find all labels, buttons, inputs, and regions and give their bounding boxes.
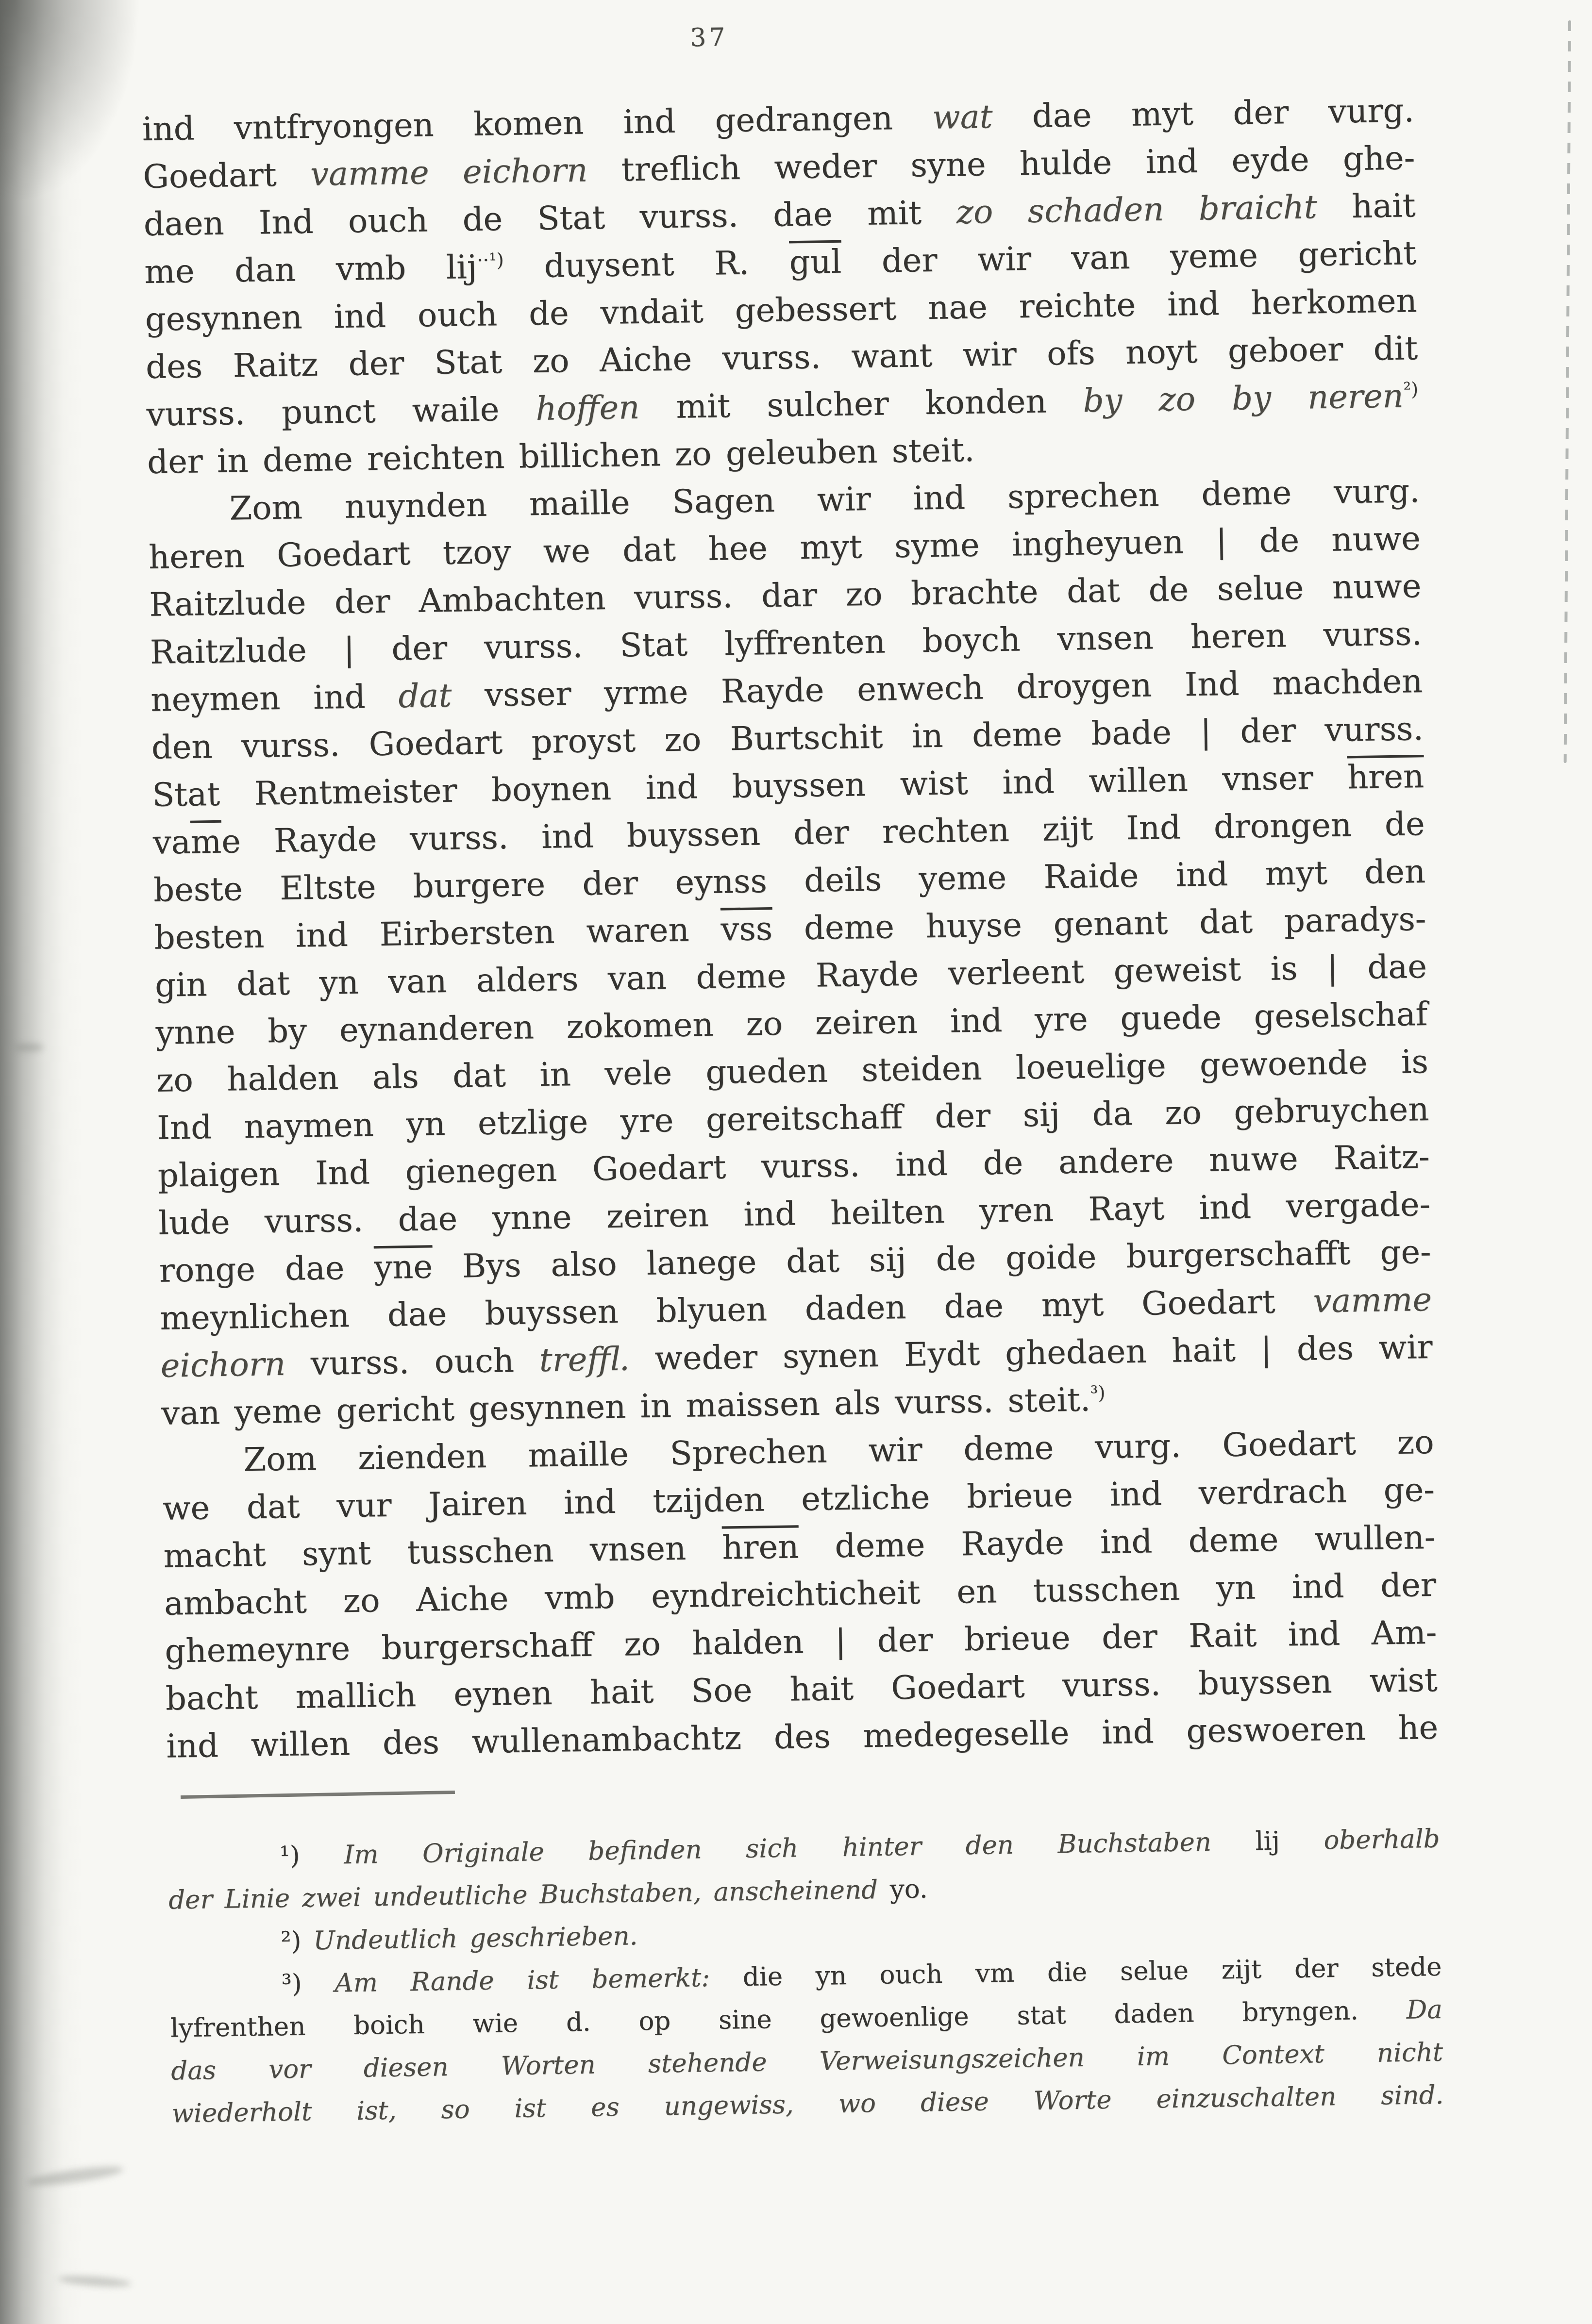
- text-run: zo schaden braicht: [956, 188, 1317, 231]
- text-run: gul: [789, 243, 842, 282]
- footnote-divider: [181, 1791, 455, 1799]
- text-run: hait: [1317, 186, 1416, 226]
- scan-smudge: [15, 1044, 44, 1051]
- text-run: vurss. ouch: [285, 1341, 539, 1383]
- text-run: ¹): [279, 1840, 344, 1871]
- text-run: m: [190, 823, 222, 861]
- text-run: dae myt der vurg.: [992, 91, 1414, 135]
- page-content: 37 ind vntfryongen komen ind gedrangen w…: [141, 13, 1444, 2135]
- text-run: vamme: [1313, 1280, 1432, 1320]
- text-run: ³): [281, 1969, 335, 1999]
- text-run: ind vntfryongen komen ind gedrangen: [142, 99, 932, 148]
- text-run: yne: [374, 1247, 433, 1286]
- text-run: vamme eichorn: [310, 151, 588, 193]
- text-run: der wir van yeme gericht: [841, 234, 1417, 281]
- footnotes: ¹) Im Originale befinden sich hinter den…: [168, 1818, 1444, 2136]
- text-run: hren: [722, 1527, 799, 1566]
- binding-shadow-corner: [0, 0, 141, 204]
- main-text: ind vntfryongen komen ind gedrangen wat …: [142, 86, 1439, 1770]
- text-run: va: [152, 823, 191, 862]
- text-run: neymen ind: [151, 677, 399, 719]
- text-run: me dan vmb lij: [144, 248, 477, 291]
- text-run: lij: [1211, 1826, 1324, 1857]
- text-run: duysent R.: [503, 243, 789, 285]
- text-run: ··¹): [477, 249, 504, 272]
- text-run: ²): [281, 1926, 314, 1956]
- text-run: Goedart: [143, 155, 311, 196]
- text-run: eichorn: [160, 1345, 285, 1385]
- text-run: Da: [1406, 1995, 1442, 2025]
- text-run: Undeutlich geschrieben.: [313, 1921, 638, 1956]
- text-run: macht synt tusschen vnsen: [163, 1529, 722, 1575]
- text-run: mit sulcher konden: [639, 382, 1084, 426]
- text-run: wat: [932, 98, 993, 136]
- text-run: dat: [398, 677, 452, 715]
- text-run: der in deme reichten billichen zo geleub…: [147, 431, 975, 481]
- text-run: daen Ind ouch de Stat vurss. dae mit: [143, 193, 956, 243]
- text-run: by zo by neren: [1083, 377, 1404, 420]
- text-run: yo.: [878, 1874, 928, 1905]
- text-run: Am Rande ist bemerkt:: [335, 1963, 710, 1998]
- text-run: ³): [1090, 1382, 1105, 1404]
- text-run: oberhalb: [1324, 1824, 1440, 1856]
- page-number: 37: [141, 13, 1413, 61]
- scan-artifact-line: [1564, 20, 1571, 763]
- text-run: besten ind Eirbersten waren: [154, 910, 721, 956]
- text-run: weder synen Eydt ghedaen hait | des wir: [629, 1328, 1433, 1378]
- text-run: Im Originale befinden sich hinter den Bu…: [344, 1827, 1211, 1870]
- binding-shadow: [0, 0, 83, 2324]
- text-run: treflich weder syne hulde ind eyde ghe-: [587, 139, 1415, 189]
- text-run: deme huyse genant dat paradys-: [772, 900, 1426, 947]
- text-run: treffl.: [539, 1340, 630, 1379]
- text-run: vss: [721, 910, 773, 948]
- text-run: ronge dae: [159, 1248, 374, 1290]
- text-run: hoffen: [536, 388, 640, 428]
- text-run: van yeme gericht gesynnen in maissen als…: [161, 1380, 1091, 1432]
- text-run: hren: [1347, 757, 1424, 796]
- text-run: der Linie zwei undeutliche Buchstaben, a…: [168, 1875, 878, 1915]
- text-run: die yn ouch vm die selue zijt der stede: [710, 1952, 1442, 1992]
- text-run: deme Rayde ind deme wullen-: [799, 1518, 1436, 1565]
- text-run: vurss. punct waile: [146, 390, 536, 433]
- text-run: ²): [1403, 379, 1418, 400]
